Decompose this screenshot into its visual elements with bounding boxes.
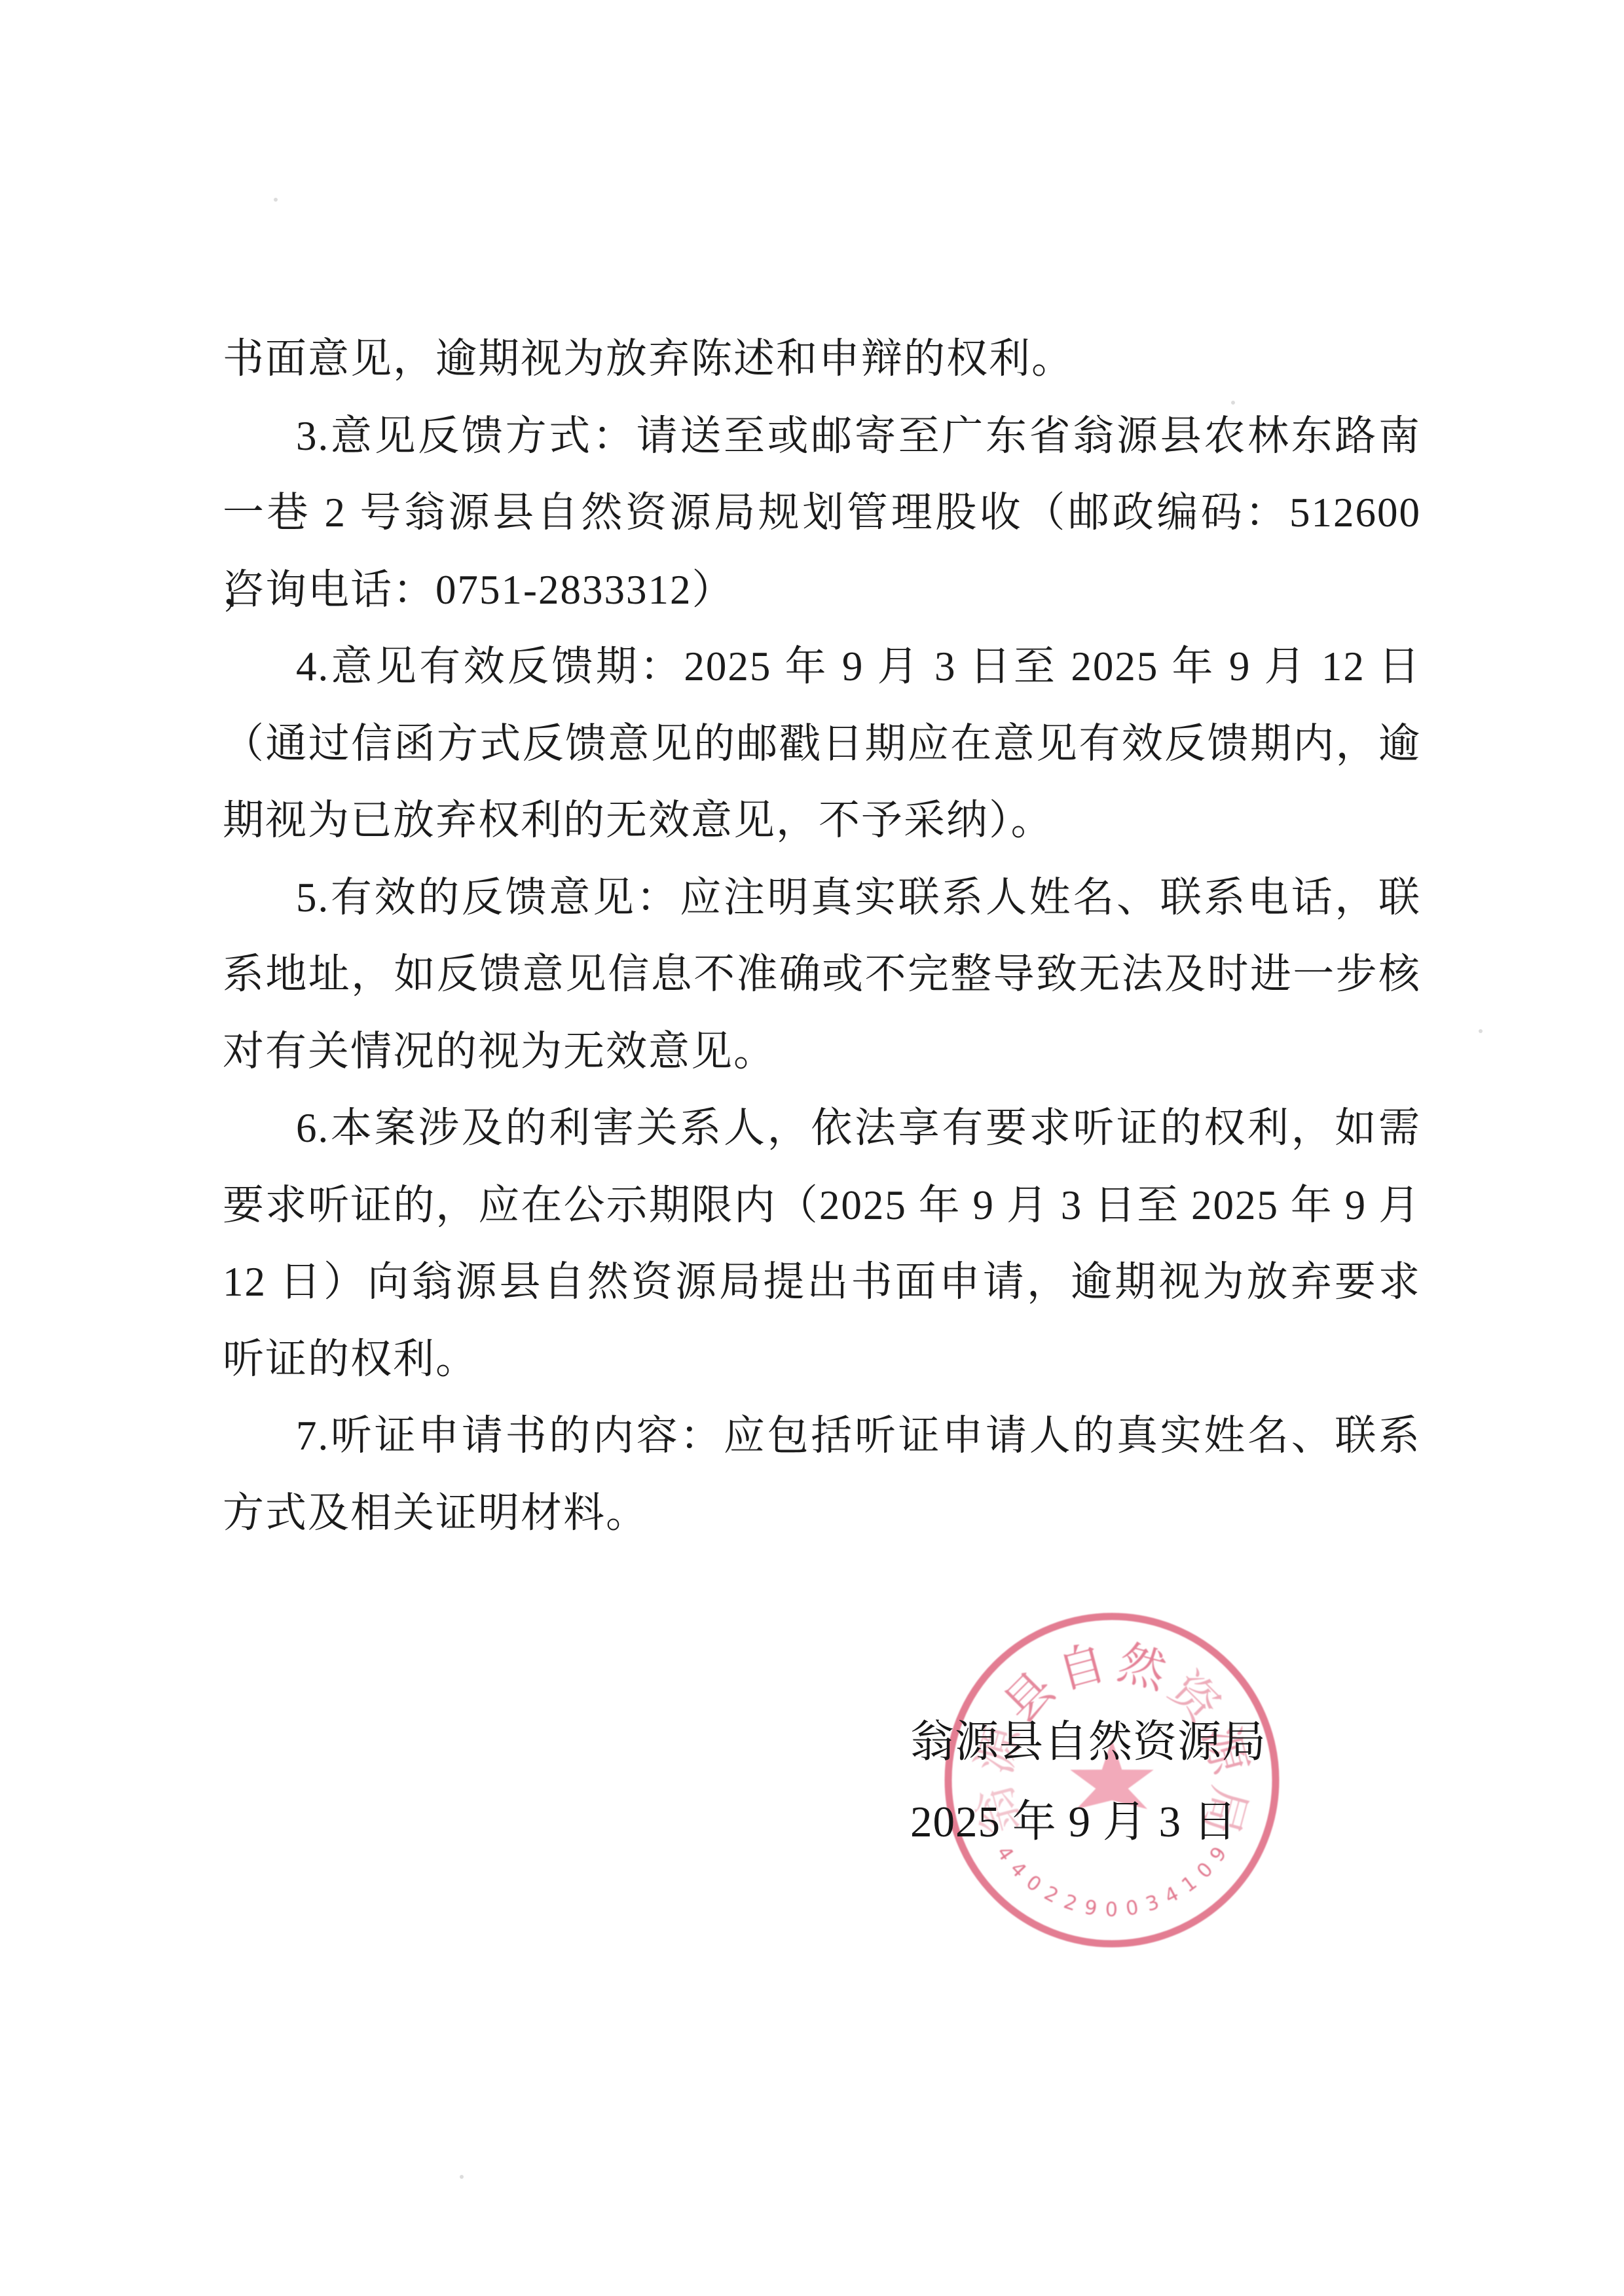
text-block: 书面意见，逾期视为放弃陈述和申辩的权利。3.意见反馈方式：请送至或邮寄至广东省翁… <box>223 321 1421 1552</box>
text-line: 对有关情况的视为无效意见。 <box>223 1013 1421 1091</box>
scan-speck <box>1231 401 1235 405</box>
text-line: 一巷 2 号翁源县自然资源局规划管理股收（邮政编码：512600 ， <box>223 475 1421 552</box>
scan-speck <box>1479 1029 1483 1033</box>
signature-block: 翁源县自然资源局 2025 年 9 月 3 日 <box>910 1702 1266 1862</box>
text-line: 系地址，如反馈意见信息不准确或不完整导致无法及时进一步核 <box>223 936 1421 1013</box>
text-line: 5.有效的反馈意见：应注明真实联系人姓名、联系电话，联 <box>223 860 1421 937</box>
text-line: 7.听证申请书的内容：应包括听证申请人的真实姓名、联系 <box>223 1398 1421 1475</box>
scan-speck <box>274 198 278 202</box>
text-line: 4.意见有效反馈期：2025 年 9 月 3 日至 2025 年 9 月 12 … <box>223 629 1421 706</box>
seal-ring-char: 自 <box>1052 1636 1111 1699</box>
text-line: 书面意见，逾期视为放弃陈述和申辩的权利。 <box>223 321 1421 398</box>
text-line: 咨询电话：0751-2833312） <box>223 552 1421 629</box>
text-line: 6.本案涉及的利害关系人，依法享有要求听证的权利，如需 <box>223 1090 1421 1167</box>
text-line: 方式及相关证明材料。 <box>223 1475 1421 1552</box>
text-line: 12 日）向翁源县自然资源局提出书面申请，逾期视为放弃要求 <box>223 1244 1421 1321</box>
text-line: 听证的权利。 <box>223 1321 1421 1398</box>
text-line: （通过信函方式反馈意见的邮戳日期应在意见有效反馈期内，逾 <box>223 706 1421 783</box>
scan-speck <box>1226 1120 1230 1123</box>
seal-ring-char: 然 <box>1113 1636 1172 1699</box>
scan-speck <box>460 2175 464 2179</box>
signature-org: 翁源县自然资源局 <box>910 1702 1266 1782</box>
text-line: 要求听证的，应在公示期限内（2025 年 9 月 3 日至 2025 年 9 月 <box>223 1167 1421 1245</box>
text-line: 3.意见反馈方式：请送至或邮寄至广东省翁源县农林东路南 <box>223 398 1421 475</box>
text-line: 期视为已放弃权利的无效意见，不予采纳）。 <box>223 782 1421 860</box>
page: 书面意见，逾期视为放弃陈述和申辩的权利。3.意见反馈方式：请送至或邮寄至广东省翁… <box>0 0 1624 2296</box>
signature-date: 2025 年 9 月 3 日 <box>910 1782 1266 1862</box>
